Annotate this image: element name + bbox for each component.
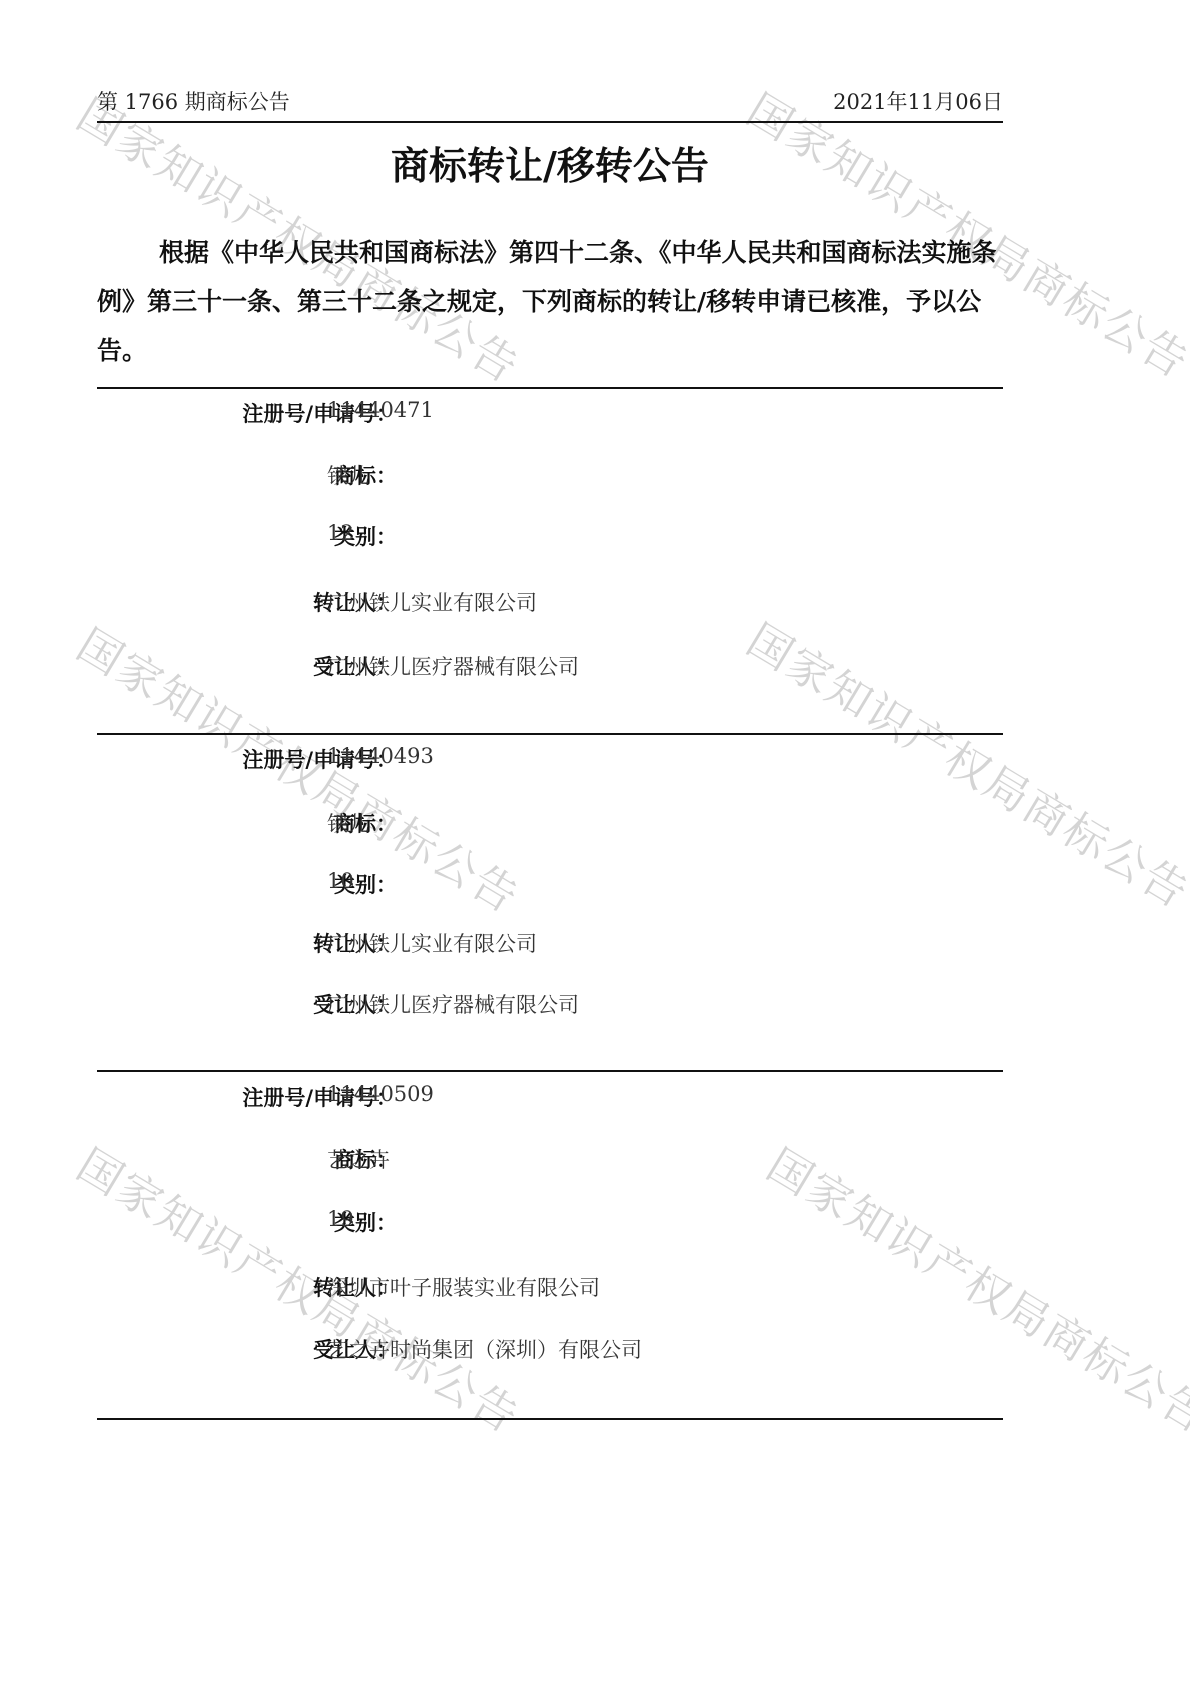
- field-transferee: 受让人： 广州铁儿医疗器械有限公司: [97, 651, 1003, 691]
- field-transferee: 受让人： 广州铁儿医疗器械有限公司: [97, 989, 1003, 1029]
- value-reg-no: 11440509: [327, 1082, 434, 1106]
- value-transferee: 广州铁儿医疗器械有限公司: [327, 651, 579, 681]
- field-reg-no: 注册号/申请号： 11440493: [97, 744, 1003, 784]
- record-divider: [97, 733, 1003, 735]
- value-reg-no: 11440471: [327, 398, 434, 422]
- value-reg-no: 11440493: [327, 744, 434, 768]
- field-reg-no: 注册号/申请号： 11440509: [97, 1082, 1003, 1122]
- field-class: 类别： 10: [97, 869, 1003, 909]
- field-transferor: 转让人： 广州铁儿实业有限公司: [97, 587, 1003, 627]
- record-divider: [97, 387, 1003, 389]
- field-class: 类别： 19: [97, 1207, 1003, 1247]
- page-header: 第 1766 期商标公告 2021年11月06日: [97, 86, 1003, 120]
- field-reg-no: 注册号/申请号： 11440471: [97, 398, 1003, 438]
- record-divider: [97, 1070, 1003, 1072]
- value-class: 10: [327, 869, 354, 893]
- value-transferor: 深圳市叶子服装实业有限公司: [327, 1272, 600, 1302]
- field-transferor: 转让人： 广州铁儿实业有限公司: [97, 928, 1003, 968]
- value-trademark: 艺之卉: [327, 1144, 390, 1174]
- header-divider: [97, 121, 1003, 123]
- value-transferor: 广州铁儿实业有限公司: [327, 587, 537, 617]
- value-transferee: 艺之卉时尚集团（深圳）有限公司: [327, 1334, 642, 1364]
- page-title: 商标转让/移转公告: [0, 135, 1100, 190]
- value-transferee: 广州铁儿医疗器械有限公司: [327, 989, 579, 1019]
- field-class: 类别： 12: [97, 521, 1003, 561]
- value-trademark: 铁儿: [327, 808, 369, 838]
- value-transferor: 广州铁儿实业有限公司: [327, 928, 537, 958]
- value-class: 19: [327, 1207, 354, 1231]
- publication-date: 2021年11月06日: [833, 86, 1003, 116]
- bottom-divider: [97, 1418, 1003, 1420]
- intro-paragraph: 根据《中华人民共和国商标法》第四十二条、《中华人民共和国商标法实施条例》第三十一…: [97, 228, 1003, 375]
- field-trademark: 商标： 铁儿: [97, 460, 1003, 500]
- field-trademark: 商标： 艺之卉: [97, 1144, 1003, 1184]
- issue-number: 第 1766 期商标公告: [97, 86, 290, 116]
- value-trademark: 铁儿: [327, 460, 369, 490]
- field-transferor: 转让人： 深圳市叶子服装实业有限公司: [97, 1272, 1003, 1312]
- value-class: 12: [327, 521, 354, 545]
- field-transferee: 受让人： 艺之卉时尚集团（深圳）有限公司: [97, 1334, 1003, 1374]
- field-trademark: 商标： 铁儿: [97, 808, 1003, 848]
